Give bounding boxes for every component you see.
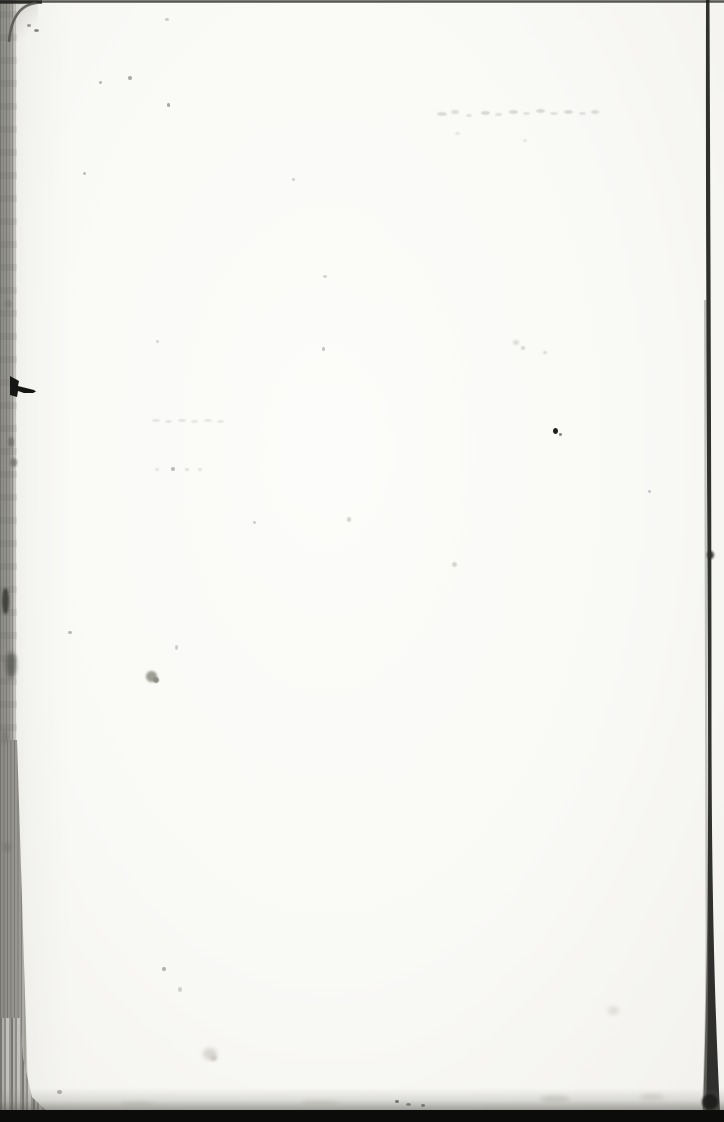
scan-bottom-bar: [0, 1110, 724, 1122]
page-surface: [0, 0, 724, 1122]
ink-blot-shape: [6, 374, 40, 402]
page-bottom-shadow: [0, 1088, 724, 1110]
scan-root: [0, 0, 724, 1122]
ink-blot: [6, 374, 40, 402]
